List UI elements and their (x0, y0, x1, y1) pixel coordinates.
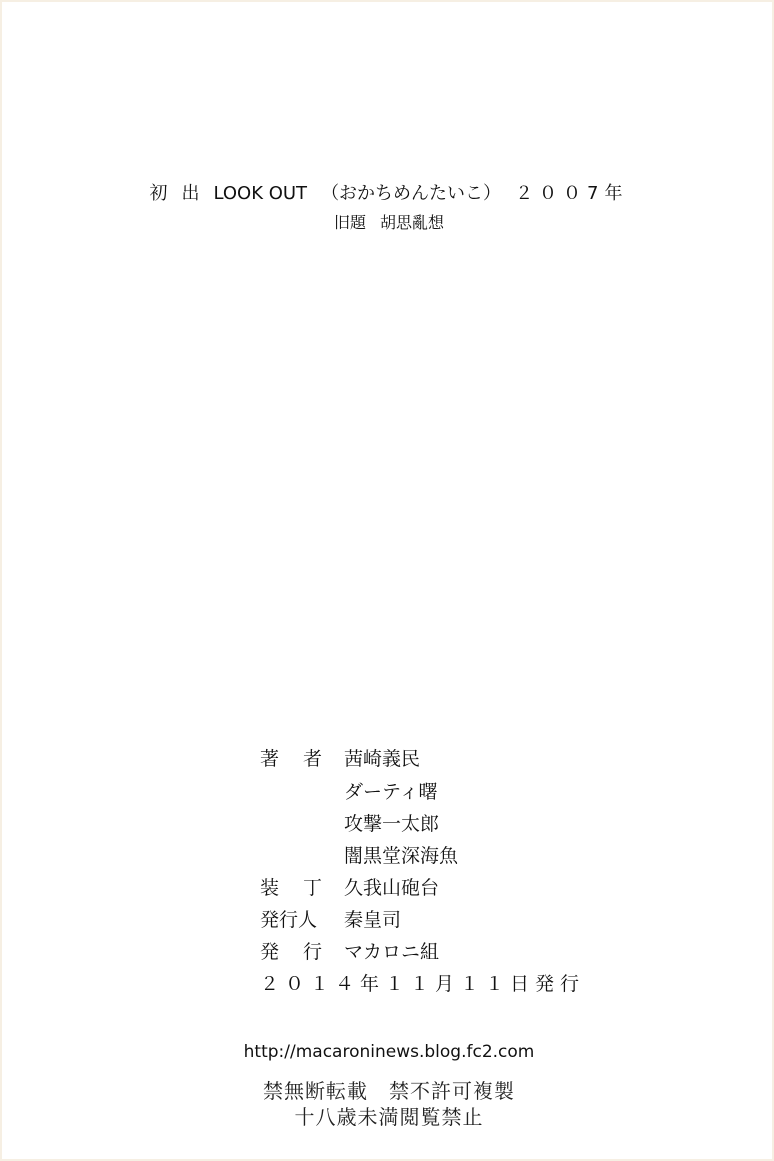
old-title-label: 旧題 (334, 213, 366, 232)
credit-label-publisher: 発 行 (260, 937, 322, 964)
magazine-name: LOOK OUT (213, 183, 307, 204)
age-restriction-notice: 十八歳未満閲覧禁止 (2, 1107, 774, 1127)
website-url[interactable]: http://macaroninews.blog.fc2.com (2, 1044, 774, 1061)
magazine-publisher: （おかちめんたいこ） (321, 183, 501, 204)
credit-label-author: 著 者 (260, 744, 322, 771)
credit-value-author-2: ダーティ曙 (344, 777, 437, 804)
first-publication-year: ２００7年 (515, 183, 628, 204)
credit-value-author-3: 攻撃一太郎 (344, 809, 439, 836)
copyright-notice: 禁無断転載 禁不許可複製 (2, 1081, 774, 1101)
first-publication-label-1: 初 (149, 183, 167, 204)
credit-value-author-4: 闇黒堂深海魚 (344, 841, 458, 868)
publication-date: ２０１４年１１月１１日発行 (260, 969, 585, 996)
credit-label-publisher-person: 発行人 (260, 905, 340, 932)
first-publication-label-2: 出 (181, 183, 199, 204)
old-title-text: 胡思亂想 (380, 213, 444, 232)
credit-value-publisher-person: 秦皇司 (344, 905, 401, 932)
credit-value-design: 久我山砲台 (344, 873, 439, 900)
credit-label-design: 装 丁 (260, 873, 322, 900)
colophon-page: 初出LOOK OUT（おかちめんたいこ）２００7年 旧題胡思亂想 著 者 茜崎義… (0, 0, 774, 1161)
credit-value-author-1: 茜崎義民 (344, 744, 420, 771)
old-title-line: 旧題胡思亂想 (2, 215, 774, 231)
first-publication-line: 初出LOOK OUT（おかちめんたいこ）２００7年 (2, 185, 774, 203)
credit-value-publisher: マカロニ組 (344, 937, 439, 964)
